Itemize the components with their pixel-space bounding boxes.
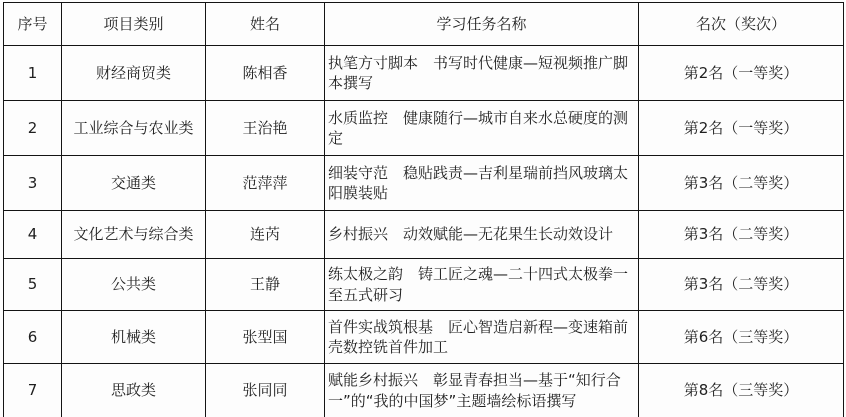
cell-rank: 第3名（二等奖） bbox=[639, 211, 844, 259]
table-row: 6 机械类 张型国 首件实战筑根基 匠心智造启新程—变速箱前壳数控铣首件加工 第… bbox=[4, 311, 844, 364]
cell-no: 4 bbox=[4, 211, 62, 259]
cell-name: 连芮 bbox=[206, 211, 325, 259]
header-rank: 名次（奖次） bbox=[639, 3, 844, 46]
cell-rank: 第3名（二等奖） bbox=[639, 259, 844, 311]
cell-category: 财经商贸类 bbox=[62, 46, 206, 101]
cell-task: 细装守范 稳贴践责—吉利星瑞前挡风玻璃太阳膜装贴 bbox=[325, 156, 639, 211]
cell-no: 5 bbox=[4, 259, 62, 311]
table-row: 1 财经商贸类 陈相香 执笔方寸脚本 书写时代健康—短视频推广脚本撰写 第2名（… bbox=[4, 46, 844, 101]
cell-task: 赋能乡村振兴 彰显青春担当—基于“知行合一”的“我的中国梦”主题墙绘标语撰写 bbox=[325, 364, 639, 417]
cell-name: 陈相香 bbox=[206, 46, 325, 101]
cell-category: 工业综合与农业类 bbox=[62, 101, 206, 156]
cell-no: 2 bbox=[4, 101, 62, 156]
table-row: 3 交通类 范萍萍 细装守范 稳贴践责—吉利星瑞前挡风玻璃太阳膜装贴 第3名（二… bbox=[4, 156, 844, 211]
cell-task: 练太极之韵 铸工匠之魂—二十四式太极拳一至五式研习 bbox=[325, 259, 639, 311]
cell-task: 水质监控 健康随行—城市自来水总硬度的测定 bbox=[325, 101, 639, 156]
cell-no: 6 bbox=[4, 311, 62, 364]
cell-category: 公共类 bbox=[62, 259, 206, 311]
cell-category: 文化艺术与综合类 bbox=[62, 211, 206, 259]
cell-name: 王治艳 bbox=[206, 101, 325, 156]
table-header-row: 序号 项目类别 姓名 学习任务名称 名次（奖次） bbox=[4, 3, 844, 46]
cell-category: 交通类 bbox=[62, 156, 206, 211]
cell-task: 乡村振兴 动效赋能—无花果生长动效设计 bbox=[325, 211, 639, 259]
award-ranking-table: 序号 项目类别 姓名 学习任务名称 名次（奖次） 1 财经商贸类 陈相香 执笔方… bbox=[3, 2, 844, 417]
header-task: 学习任务名称 bbox=[325, 3, 639, 46]
table-row: 4 文化艺术与综合类 连芮 乡村振兴 动效赋能—无花果生长动效设计 第3名（二等… bbox=[4, 211, 844, 259]
cell-category: 机械类 bbox=[62, 311, 206, 364]
header-name: 姓名 bbox=[206, 3, 325, 46]
cell-name: 张型国 bbox=[206, 311, 325, 364]
cell-no: 3 bbox=[4, 156, 62, 211]
cell-name: 范萍萍 bbox=[206, 156, 325, 211]
table-row: 7 思政类 张同同 赋能乡村振兴 彰显青春担当—基于“知行合一”的“我的中国梦”… bbox=[4, 364, 844, 417]
table-row: 5 公共类 王静 练太极之韵 铸工匠之魂—二十四式太极拳一至五式研习 第3名（二… bbox=[4, 259, 844, 311]
cell-rank: 第8名（三等奖） bbox=[639, 364, 844, 417]
header-no: 序号 bbox=[4, 3, 62, 46]
cell-name: 张同同 bbox=[206, 364, 325, 417]
cell-task: 执笔方寸脚本 书写时代健康—短视频推广脚本撰写 bbox=[325, 46, 639, 101]
cell-rank: 第3名（二等奖） bbox=[639, 156, 844, 211]
header-category: 项目类别 bbox=[62, 3, 206, 46]
cell-rank: 第6名（三等奖） bbox=[639, 311, 844, 364]
cell-rank: 第2名（一等奖） bbox=[639, 46, 844, 101]
cell-task: 首件实战筑根基 匠心智造启新程—变速箱前壳数控铣首件加工 bbox=[325, 311, 639, 364]
cell-no: 1 bbox=[4, 46, 62, 101]
cell-category: 思政类 bbox=[62, 364, 206, 417]
cell-name: 王静 bbox=[206, 259, 325, 311]
document-page: 序号 项目类别 姓名 学习任务名称 名次（奖次） 1 财经商贸类 陈相香 执笔方… bbox=[0, 0, 846, 417]
cell-rank: 第2名（一等奖） bbox=[639, 101, 844, 156]
table-row: 2 工业综合与农业类 王治艳 水质监控 健康随行—城市自来水总硬度的测定 第2名… bbox=[4, 101, 844, 156]
cell-no: 7 bbox=[4, 364, 62, 417]
